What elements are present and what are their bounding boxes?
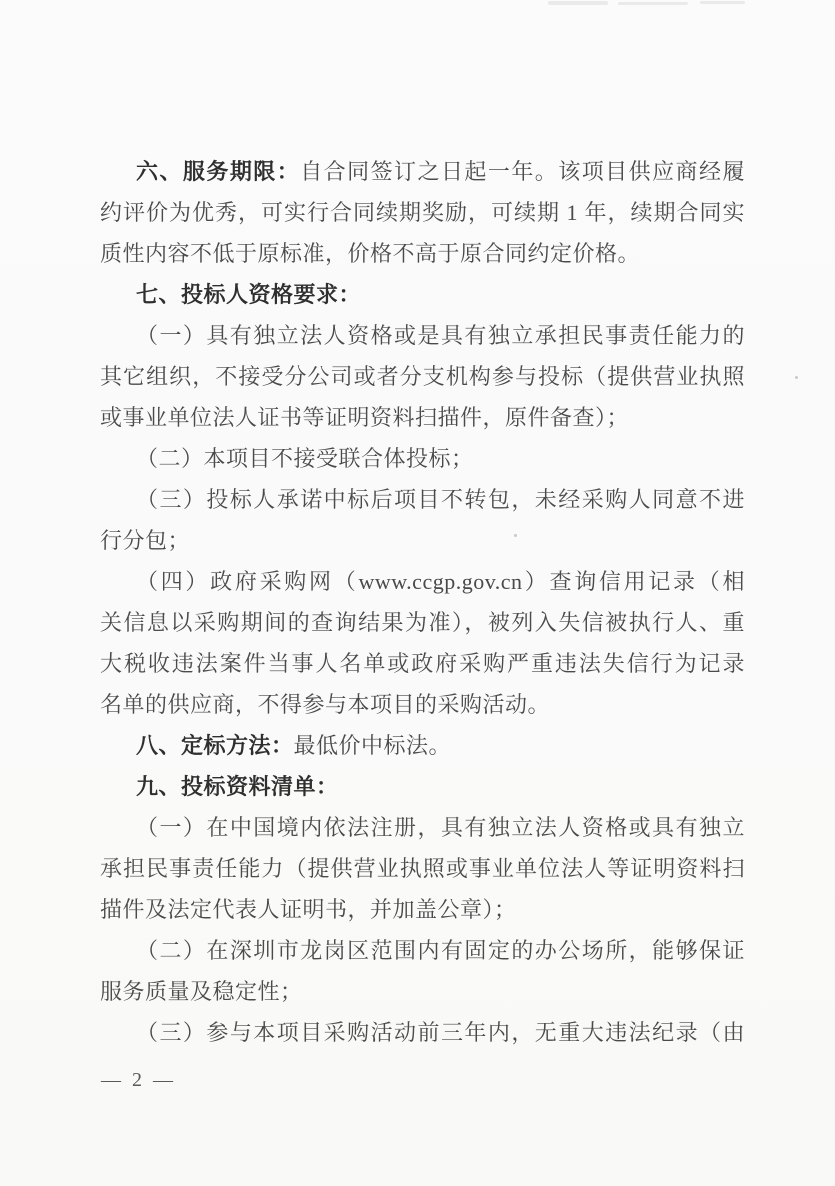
document-body: 六、服务期限：自合同签订之日起一年。该项目供应商经履 约评价为优秀，可实行合同续… [100,151,745,1053]
text-line: 描件及法定代表人证明书，并加盖公章）； [100,889,745,930]
section-heading-7: 七、投标人资格要求： [136,282,361,307]
scan-smudge [618,2,688,5]
line-text: 约评价为优秀，可实行合同续期奖励，可续期 1 年，续期合同实 [100,200,745,225]
text-line: （一）具有独立法人资格或是具有独立承担民事责任能力的 [100,315,745,356]
scan-smudge [700,1,745,4]
text-line: 七、投标人资格要求： [100,274,745,315]
text-line: 其它组织，不接受分公司或者分支机构参与投标（提供营业执照 [100,356,745,397]
line-text: 承担民事责任能力（提供营业执照或事业单位法人等证明资料扫 [100,856,745,881]
text-line: 六、服务期限：自合同签订之日起一年。该项目供应商经履 [100,151,745,192]
text-line: 八、定标方法：最低价中标法。 [100,725,745,766]
line-text: 大税收违法案件当事人名单或政府采购严重违法失信行为记录 [100,651,745,676]
line-text: （三）参与本项目采购活动前三年内，无重大违法纪录（由 [136,1020,745,1045]
text-line: 承担民事责任能力（提供营业执照或事业单位法人等证明资料扫 [100,848,745,889]
scan-smudge [548,1,608,5]
text-line: （二）本项目不接受联合体投标； [100,438,745,479]
text-line: 服务质量及稳定性； [100,971,745,1012]
text-line: （一）在中国境内依法注册，具有独立法人资格或具有独立 [100,807,745,848]
scanned-document-page: 六、服务期限：自合同签订之日起一年。该项目供应商经履 约评价为优秀，可实行合同续… [0,0,835,1186]
line-text: 质性内容不低于原标准，价格不高于原合同约定价格。 [100,241,640,266]
line-text: 或事业单位法人证书等证明资料扫描件，原件备查）； [100,405,629,430]
text-line: （三）投标人承诺中标后项目不转包，未经采购人同意不进 [100,479,745,520]
scan-speck [795,376,798,379]
line-text: 名单的供应商，不得参与本项目的采购活动。 [100,692,550,717]
text-line: （四）政府采购网（www.ccgp.gov.cn）查询信用记录（相 [100,561,745,602]
line-text: 关信息以采购期间的查询结果为准），被列入失信被执行人、重 [100,610,745,635]
line-text: （二）本项目不接受联合体投标； [136,446,474,471]
text-line: 或事业单位法人证书等证明资料扫描件，原件备查）； [100,397,745,438]
text-line: 约评价为优秀，可实行合同续期奖励，可续期 1 年，续期合同实 [100,192,745,233]
text-line: 大税收违法案件当事人名单或政府采购严重违法失信行为记录 [100,643,745,684]
text-line: （三）参与本项目采购活动前三年内，无重大违法纪录（由 [100,1012,745,1053]
line-text: （四）政府采购网（www.ccgp.gov.cn）查询信用记录（相 [136,569,745,594]
line-text: （一）具有独立法人资格或是具有独立承担民事责任能力的 [136,323,745,348]
text-line: （二）在深圳市龙岗区范围内有固定的办公场所，能够保证 [100,930,745,971]
page-number: — 2 — [101,1069,176,1092]
section-heading-9: 九、投标资料清单： [136,774,339,799]
text-line: 关信息以采购期间的查询结果为准），被列入失信被执行人、重 [100,602,745,643]
line-text: 行分包； [100,528,190,553]
line-text: （一）在中国境内依法注册，具有独立法人资格或具有独立 [136,815,745,840]
section-heading-8: 八、定标方法： [136,733,294,758]
line-text: 描件及法定代表人证明书，并加盖公章）； [100,897,517,922]
text-line: 名单的供应商，不得参与本项目的采购活动。 [100,684,745,725]
line-text: （二）在深圳市龙岗区范围内有固定的办公场所，能够保证 [136,938,745,963]
text-line: 九、投标资料清单： [100,766,745,807]
section-heading-6: 六、服务期限： [136,159,300,184]
line-text: （三）投标人承诺中标后项目不转包，未经采购人同意不进 [136,487,745,512]
text-line: 行分包； [100,520,745,561]
line-text: 自合同签订之日起一年。该项目供应商经履 [300,159,745,184]
text-line: 质性内容不低于原标准，价格不高于原合同约定价格。 [100,233,745,274]
line-text: 最低价中标法。 [294,733,452,758]
line-text: 服务质量及稳定性； [100,979,303,1004]
line-text: 其它组织，不接受分公司或者分支机构参与投标（提供营业执照 [100,364,745,389]
